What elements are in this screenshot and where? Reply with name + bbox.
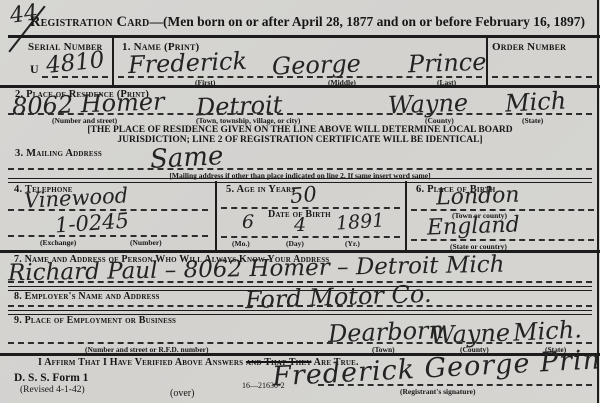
employer-entry-line bbox=[8, 305, 592, 307]
signature-sublabel: (Registrant's signature) bbox=[400, 387, 475, 396]
mailing-address-label: 3. Mailing Address bbox=[15, 148, 102, 159]
residence-entry-line bbox=[8, 113, 592, 115]
birth-country-line bbox=[411, 239, 594, 241]
serial-prefix: U bbox=[30, 62, 39, 77]
card-title-subtitle: —(Men born on or after April 28, 1877 an… bbox=[149, 14, 584, 29]
jurisdiction-notice-line2: JURISDICTION; LINE 2 OF REGISTRATION CER… bbox=[0, 135, 600, 145]
employer-label: 8. Employer's Name and Address bbox=[14, 291, 160, 302]
contact-entry-line bbox=[8, 281, 592, 283]
table-bottom-rule bbox=[0, 250, 600, 253]
divider-serial-name bbox=[112, 38, 114, 85]
mailing-entry-line bbox=[8, 168, 592, 170]
employment-entry-line bbox=[8, 342, 592, 344]
residence-county-sublabel: (County) bbox=[425, 116, 454, 125]
dob-entry-line bbox=[221, 236, 400, 238]
divider-age-birth bbox=[405, 181, 407, 250]
telephone-number-sublabel: (Number) bbox=[130, 238, 162, 247]
title-rule bbox=[8, 35, 600, 38]
jurisdiction-notice-line1: [THE PLACE OF RESIDENCE GIVEN ON THE LIN… bbox=[0, 125, 600, 135]
order-number-label: Order Number bbox=[492, 41, 566, 53]
form-number: D. S. S. Form 1 bbox=[14, 372, 88, 384]
form-revision: (Revised 4-1-42) bbox=[20, 385, 85, 395]
serial-entry-line bbox=[42, 76, 108, 78]
telephone-number-line bbox=[8, 235, 208, 237]
telephone-number-value: 1-0245 bbox=[54, 208, 129, 237]
serial-number-value: 4810 bbox=[45, 47, 106, 79]
birth-town-value: London bbox=[436, 183, 520, 211]
birth-month-value: 6 bbox=[242, 211, 254, 233]
name-last-value: Prince bbox=[408, 48, 487, 79]
telephone-exchange-sublabel: (Exchange) bbox=[40, 238, 76, 247]
dob-month-sublabel: (Mo.) bbox=[232, 239, 250, 248]
residence-state-sublabel: (State) bbox=[522, 116, 543, 125]
employment-label: 9. Place of Employment or Business bbox=[14, 315, 176, 326]
dob-day-sublabel: (Day) bbox=[286, 239, 304, 248]
name-entry-line bbox=[118, 76, 482, 78]
registration-card: 44 Registration Card—(Men born on or aft… bbox=[0, 0, 600, 403]
card-title: Registration Card—(Men born on or after … bbox=[30, 14, 585, 31]
birth-year-value: 1891 bbox=[335, 209, 385, 234]
card-right-border bbox=[597, 0, 599, 403]
birth-country-value: England bbox=[427, 212, 521, 240]
signature-entry-line bbox=[318, 384, 592, 386]
age-value: 50 bbox=[289, 182, 318, 208]
divider-telephone-age bbox=[215, 181, 217, 250]
affirmation-part1: I Affirm That I Have Verified Above Answ… bbox=[38, 357, 246, 368]
order-entry-line bbox=[492, 76, 592, 78]
age-label: 5. Age in Years bbox=[226, 184, 296, 195]
residence-city-sublabel: (Town, township, village, or city) bbox=[196, 116, 300, 125]
row1-rule bbox=[0, 85, 600, 88]
dob-year-sublabel: (Yr.) bbox=[345, 239, 360, 248]
birth-day-value: 4 bbox=[294, 214, 306, 236]
residence-street-sublabel: (Number and street) bbox=[52, 116, 117, 125]
card-title-main: Registration Card bbox=[30, 14, 149, 30]
over-note: (over) bbox=[170, 388, 194, 399]
name-first-value: Frederick bbox=[128, 47, 248, 79]
